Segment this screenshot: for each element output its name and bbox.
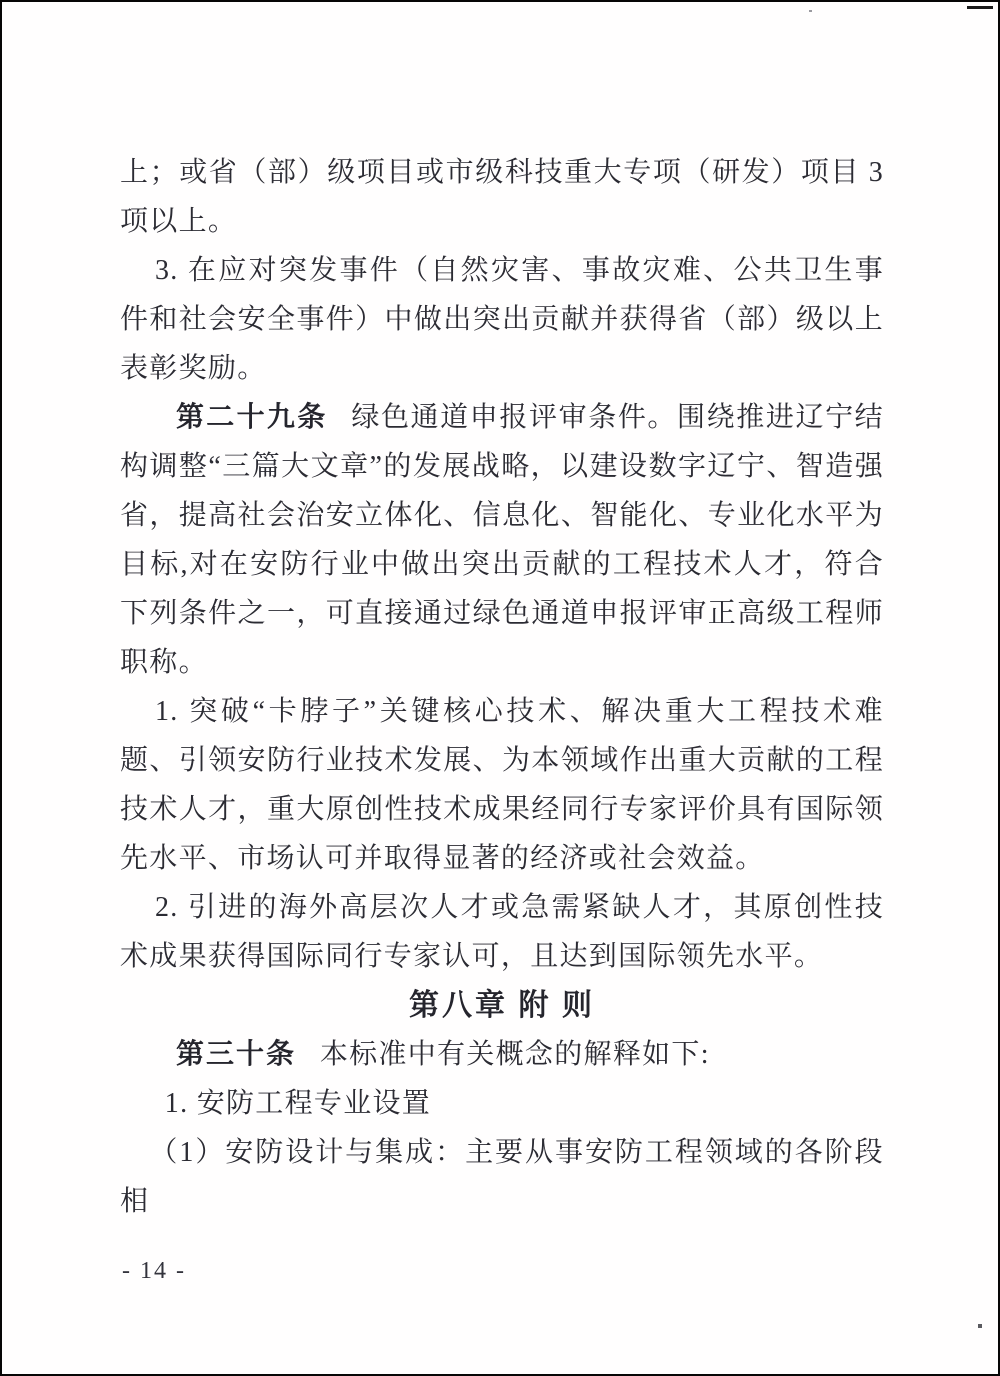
paragraph-green-channel-item-1: 1. 突破“卡脖子”关键核心技术、解决重大工程技术难题、引领安防行业技术发展、为… (120, 687, 884, 883)
article-29-text: 绿色通道申报评审条件。围绕推进辽宁结构调整“三篇大文章”的发展战略，以建设数字辽… (120, 402, 884, 678)
chapter-8-heading: 第八章 附 则 (120, 981, 884, 1030)
scan-speck-bottom (978, 1324, 982, 1328)
article-30-text: 本标准中有关概念的解释如下: (320, 1039, 710, 1070)
document-page: 上；或省（部）级项目或市级科技重大专项（研发）项目 3 项以上。 3. 在应对突… (0, 0, 1000, 1376)
paragraph-green-channel-item-2: 2. 引进的海外高层次人才或急需紧缺人才，其原创性技术成果获得国际同行专家认可，… (120, 883, 884, 981)
paragraph-article-30: 第三十条本标准中有关概念的解释如下: (120, 1030, 884, 1079)
article-30-label: 第三十条 (176, 1039, 296, 1070)
page-number: - 14 - (122, 1258, 186, 1285)
scan-dash-mark (967, 6, 993, 9)
paragraph-item-3: 3. 在应对突发事件（自然灾害、事故灾难、公共卫生事件和社会安全事件）中做出突出… (120, 246, 884, 393)
article-29-label: 第二十九条 (176, 402, 328, 433)
paragraph-carryover: 上；或省（部）级项目或市级科技重大专项（研发）项目 3 项以上。 (120, 148, 884, 246)
definition-item-1-sub-1: （1）安防设计与集成：主要从事安防工程领域的各阶段相 (120, 1128, 884, 1226)
definition-item-1: 1. 安防工程专业设置 (120, 1079, 884, 1128)
paragraph-article-29: 第二十九条绿色通道申报评审条件。围绕推进辽宁结构调整“三篇大文章”的发展战略，以… (120, 393, 884, 687)
document-body: 上；或省（部）级项目或市级科技重大专项（研发）项目 3 项以上。 3. 在应对突… (120, 148, 884, 1226)
scan-speck-top (809, 10, 812, 12)
